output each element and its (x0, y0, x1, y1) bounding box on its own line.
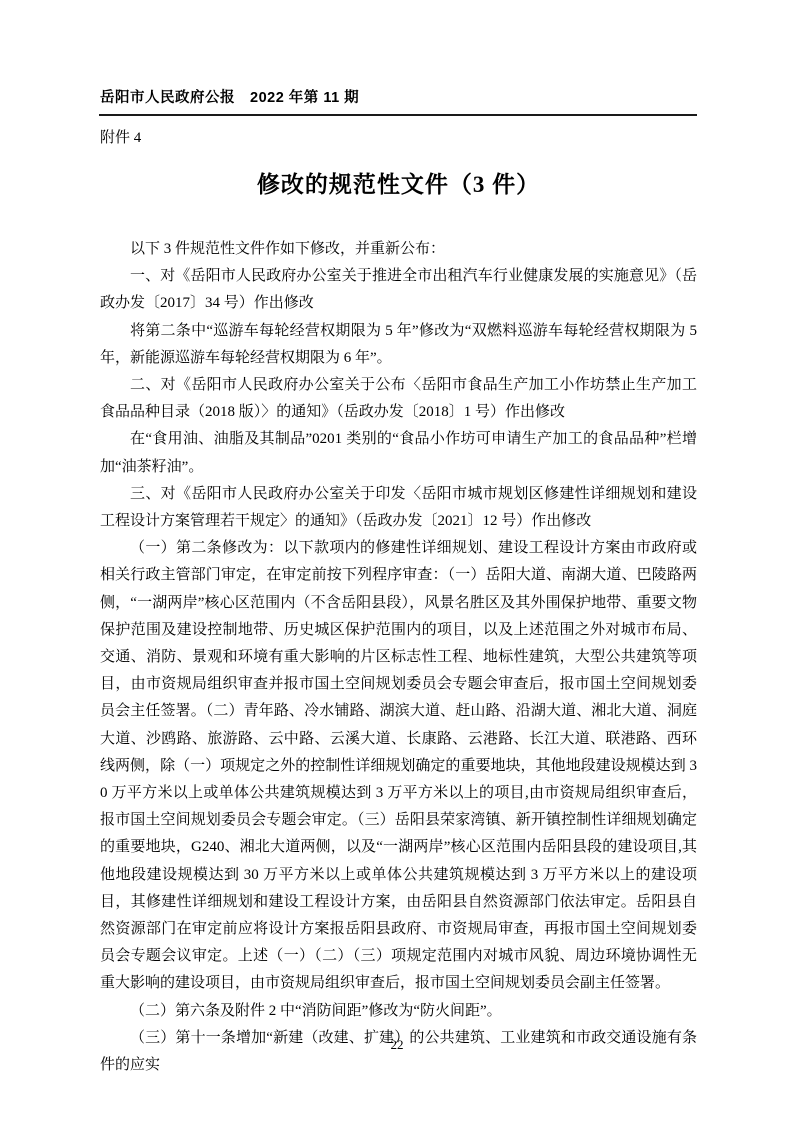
document-page: 岳阳市人民政府公报 2022 年第 11 期 附件 4 修改的规范性文件（3 件… (0, 0, 794, 1122)
paragraph-item1-change: 将第二条中“巡游车每轮经营权期限为 5 年”修改为“双燃料巡游车每轮经营权期限为… (100, 318, 697, 372)
page-number: 22 (0, 1036, 794, 1054)
paragraph-item2-change: 在“食用油、油脂及其制品”0201 类别的“食品小作坊可申请生产加工的食品品种”… (100, 426, 697, 480)
paragraph-item1-heading: 一、对《岳阳市人民政府办公室关于推进全市出租汽车行业健康发展的实施意见》（岳政办… (100, 263, 697, 317)
gazette-header: 岳阳市人民政府公报 2022 年第 11 期 (100, 88, 697, 108)
paragraph-item3-heading: 三、对《岳阳市人民政府办公室关于印发〈岳阳市城市规划区修建性详细规划和建设工程设… (100, 481, 697, 535)
header-divider (99, 114, 697, 116)
paragraph-intro: 以下 3 件规范性文件作如下修改，并重新公布： (100, 236, 697, 263)
attachment-label: 附件 4 (100, 128, 141, 148)
document-body: 以下 3 件规范性文件作如下修改，并重新公布： 一、对《岳阳市人民政府办公室关于… (100, 236, 697, 1079)
document-title: 修改的规范性文件（3 件） (100, 170, 697, 200)
paragraph-item3-change2: （二）第六条及附件 2 中“消防间距”修改为“防火间距”。 (100, 998, 697, 1025)
paragraph-item3-change1: （一）第二条修改为：以下款项内的修建性详细规划、建设工程设计方案由市政府或相关行… (100, 535, 697, 997)
paragraph-item2-heading: 二、对《岳阳市人民政府办公室关于公布〈岳阳市食品生产加工小作坊禁止生产加工食品品… (100, 372, 697, 426)
